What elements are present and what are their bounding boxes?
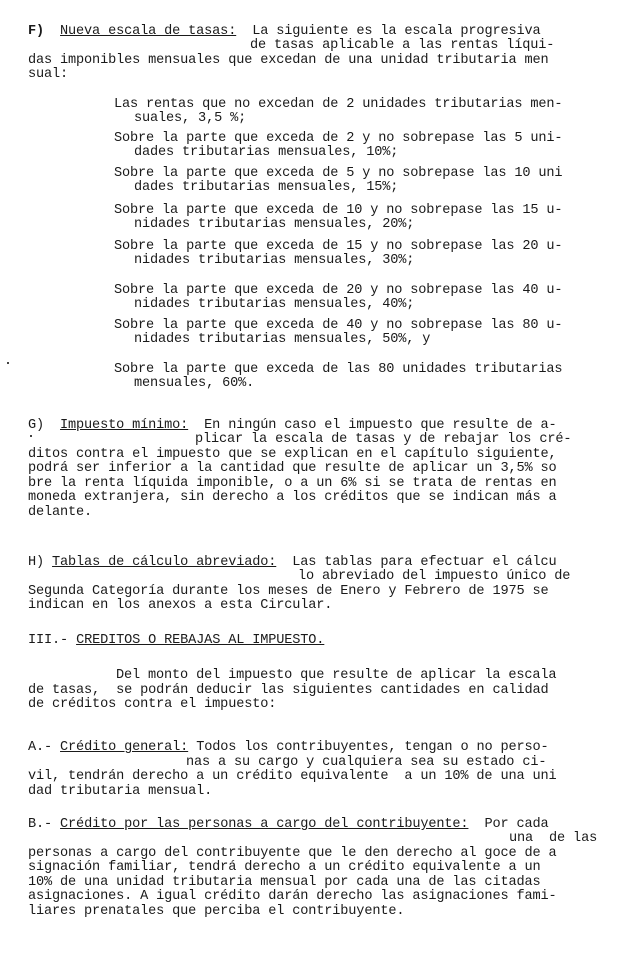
tax-bracket-line: Sobre la parte que exceda de las 80 unid… xyxy=(114,362,562,377)
section-h-line: Segunda Categoría durante los meses de E… xyxy=(28,584,549,599)
section-f-title: Nueva escala de tasas: xyxy=(60,24,236,39)
section-a-line: nas a su cargo y cualquiera sea su estad… xyxy=(186,755,546,770)
tax-bracket-rate: dades tributarias mensuales, 15%; xyxy=(134,180,398,195)
tax-bracket-rate: nidades tributarias mensuales, 30%; xyxy=(134,253,414,268)
section-h-heading: H) Tablas de cálculo abreviado: Las tabl… xyxy=(28,555,557,570)
tax-bracket-rate: nidades tributarias mensuales, 20%; xyxy=(134,217,414,232)
section-h-line: Las tablas para efectuar el cálcu xyxy=(292,555,556,570)
section-g-line: delante. xyxy=(28,505,92,520)
section-b-line: asignaciones. A igual crédito darán dere… xyxy=(28,889,557,904)
section-h-title: Tablas de cálculo abreviado: xyxy=(52,555,276,570)
section-g-line: ditos contra el impuesto que se explican… xyxy=(28,447,557,462)
tax-bracket-rate: mensuales, 60%. xyxy=(134,376,254,391)
section-a-marker: A.- xyxy=(28,740,52,755)
section-g-title: Impuesto mínimo: xyxy=(60,418,188,433)
scan-speck xyxy=(7,362,9,364)
section-g-line: bre la renta líquida imponible, o a un 6… xyxy=(28,476,557,491)
section-iii-marker: III.- xyxy=(28,633,68,648)
section-f-heading: F) Nueva escala de tasas: La siguiente e… xyxy=(28,24,541,39)
section-a-heading: A.- Crédito general: Todos los contribuy… xyxy=(28,740,549,755)
section-iii-title: CREDITOS O REBAJAS AL IMPUESTO. xyxy=(76,633,324,648)
tax-bracket-line: Las rentas que no excedan de 2 unidades … xyxy=(114,97,562,112)
tax-bracket-line: Sobre la parte que exceda de 2 y no sobr… xyxy=(114,131,562,146)
section-b-heading: B.- Crédito por las personas a cargo del… xyxy=(28,817,549,832)
section-f-marker: F) xyxy=(28,24,44,39)
tax-bracket-rate: suales, 3,5 %; xyxy=(134,111,246,126)
section-f-line: La siguiente es la escala progresiva xyxy=(252,24,540,39)
section-a-line: vil, tendrán derecho a un crédito equiva… xyxy=(28,769,557,784)
section-iii-line: de créditos contra el impuesto: xyxy=(28,697,276,712)
section-b-title: Crédito por las personas a cargo del con… xyxy=(60,817,468,832)
tax-bracket-rate: nidades tributarias mensuales, 50%, y xyxy=(134,332,430,347)
section-g-line: En ningún caso el impuesto que resulte d… xyxy=(204,418,556,433)
section-h-marker: H) xyxy=(28,555,44,570)
section-b-line: signación familiar, tendrá derecho a un … xyxy=(28,860,541,875)
section-b-line: 10% de una unidad tributaria mensual por… xyxy=(28,875,541,890)
section-g-line: podrá ser inferior a la cantidad que res… xyxy=(28,461,557,476)
scan-speck xyxy=(30,435,32,437)
section-iii-heading: III.- CREDITOS O REBAJAS AL IMPUESTO. xyxy=(28,633,324,648)
section-b-line: una de las xyxy=(509,831,597,846)
section-f-line: sual: xyxy=(28,67,68,82)
section-b-line: Por cada xyxy=(484,817,548,832)
section-g-heading: G) Impuesto mínimo: En ningún caso el im… xyxy=(28,418,557,433)
section-g-line: plicar la escala de tasas y de rebajar l… xyxy=(195,432,571,447)
tax-bracket-line: Sobre la parte que exceda de 5 y no sobr… xyxy=(114,166,562,181)
tax-bracket-rate: dades tributarias mensuales, 10%; xyxy=(134,145,398,160)
section-h-line: indican en los anexos a esta Circular. xyxy=(28,598,332,613)
section-iii-line: Del monto del impuesto que resulte de ap… xyxy=(116,668,556,683)
tax-bracket-line: Sobre la parte que exceda de 10 y no sob… xyxy=(114,203,562,218)
tax-bracket-line: Sobre la parte que exceda de 40 y no sob… xyxy=(114,318,562,333)
section-g-marker: G) xyxy=(28,418,44,433)
section-a-line: dad tributaria mensual. xyxy=(28,784,212,799)
section-g-line: moneda extranjera, sin derecho a los cré… xyxy=(28,490,557,505)
section-b-line: liares prenatales que perciba el contrib… xyxy=(28,904,404,919)
tax-bracket-rate: nidades tributarias mensuales, 40%; xyxy=(134,297,414,312)
section-b-marker: B.- xyxy=(28,817,52,832)
section-f-line: de tasas aplicable a las rentas líqui- xyxy=(250,38,554,53)
tax-bracket-line: Sobre la parte que exceda de 15 y no sob… xyxy=(114,239,562,254)
section-a-line: Todos los contribuyentes, tengan o no pe… xyxy=(196,740,548,755)
section-h-line: lo abreviado del impuesto único de xyxy=(298,569,570,584)
section-f-line: das imponibles mensuales que excedan de … xyxy=(28,53,549,68)
section-a-title: Crédito general: xyxy=(60,740,188,755)
section-iii-line: de tasas, se podrán deducir las siguient… xyxy=(28,683,549,698)
tax-bracket-line: Sobre la parte que exceda de 20 y no sob… xyxy=(114,283,562,298)
section-b-line: personas a cargo del contribuyente que l… xyxy=(28,846,557,861)
